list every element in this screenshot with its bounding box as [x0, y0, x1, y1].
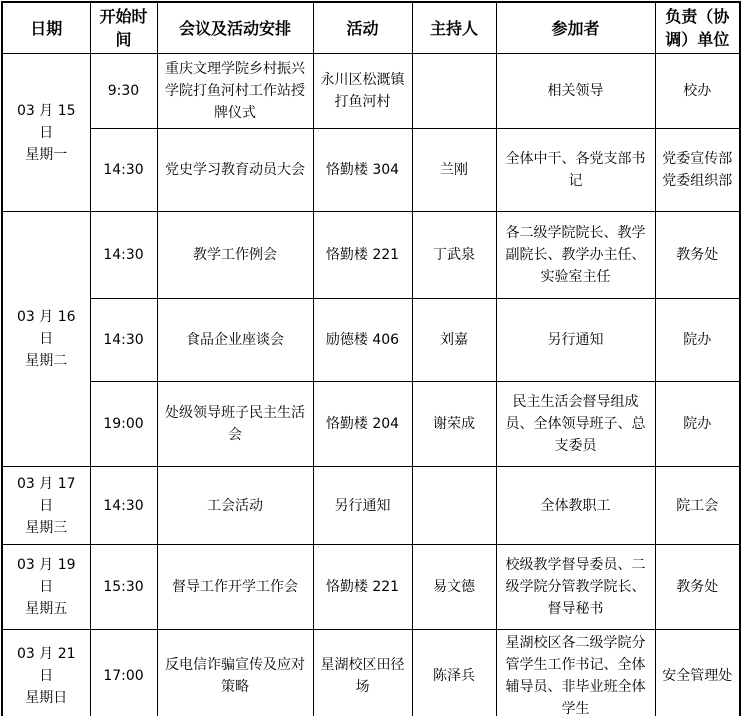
weekday-text: 星期三: [8, 517, 85, 539]
event-cell: 督导工作开学工作会: [157, 545, 313, 630]
unit-cell: 教务处: [655, 545, 740, 630]
host-cell: 丁武泉: [412, 212, 496, 299]
date-text: 03 月 19 日: [8, 554, 85, 598]
table-row: 03 月 19 日 星期五 15:30 督导工作开学工作会 恪勤楼 221 易文…: [2, 545, 740, 630]
participants-cell: 相关领导: [496, 54, 655, 129]
time-cell: 14:30: [90, 467, 157, 545]
host-cell: [412, 467, 496, 545]
time-cell: 15:30: [90, 545, 157, 630]
document-page: 日期 开始时间 会议及活动安排 活动 主持人 参加者 负责（协调）单位 03 月…: [0, 0, 741, 716]
date-cell: 03 月 17 日 星期三: [2, 467, 90, 545]
date-text: 03 月 21 日: [8, 643, 85, 687]
host-cell: 刘嘉: [412, 299, 496, 382]
date-cell: 03 月 15 日 星期一: [2, 54, 90, 212]
table-row: 03 月 16 日 星期二 14:30 教学工作例会 恪勤楼 221 丁武泉 各…: [2, 212, 740, 299]
col-header-start-time: 开始时间: [90, 2, 157, 54]
event-cell: 重庆文理学院乡村振兴学院打鱼河村工作站授牌仪式: [157, 54, 313, 129]
unit-cell: 党委宣传部 党委组织部: [655, 129, 740, 212]
unit-cell: 校办: [655, 54, 740, 129]
weekday-text: 星期日: [8, 687, 85, 709]
event-cell: 反电信诈骗宣传及应对策略: [157, 630, 313, 716]
table-row: 03 月 15 日 星期一 9:30 重庆文理学院乡村振兴学院打鱼河村工作站授牌…: [2, 54, 740, 129]
participants-cell: 民主生活会督导组成员、全体领导班子、总支委员: [496, 382, 655, 467]
time-cell: 14:30: [90, 129, 157, 212]
table-row: 03 月 21 日 星期日 17:00 反电信诈骗宣传及应对策略 星湖校区田径场…: [2, 630, 740, 716]
event-cell: 处级领导班子民主生活会: [157, 382, 313, 467]
col-header-participants: 参加者: [496, 2, 655, 54]
date-cell: 03 月 21 日 星期日: [2, 630, 90, 716]
col-header-event: 会议及活动安排: [157, 2, 313, 54]
weekday-text: 星期一: [8, 144, 85, 166]
event-cell: 教学工作例会: [157, 212, 313, 299]
location-cell: 另行通知: [313, 467, 412, 545]
date-text: 03 月 17 日: [8, 473, 85, 517]
header-row: 日期 开始时间 会议及活动安排 活动 主持人 参加者 负责（协调）单位: [2, 2, 740, 54]
participants-cell: 另行通知: [496, 299, 655, 382]
location-cell: 星湖校区田径场: [313, 630, 412, 716]
location-cell: 恪勤楼 304: [313, 129, 412, 212]
participants-cell: 校级教学督导委员、二级学院分管教学院长、督导秘书: [496, 545, 655, 630]
location-cell: 恪勤楼 204: [313, 382, 412, 467]
schedule-table: 日期 开始时间 会议及活动安排 活动 主持人 参加者 负责（协调）单位 03 月…: [1, 1, 741, 716]
table-row: 19:00 处级领导班子民主生活会 恪勤楼 204 谢荣成 民主生活会督导组成员…: [2, 382, 740, 467]
event-cell: 工会活动: [157, 467, 313, 545]
location-cell: 永川区松溉镇打鱼河村: [313, 54, 412, 129]
host-cell: 谢荣成: [412, 382, 496, 467]
col-header-date: 日期: [2, 2, 90, 54]
date-text: 03 月 16 日: [8, 306, 85, 350]
time-cell: 19:00: [90, 382, 157, 467]
participants-cell: 星湖校区各二级学院分管学生工作书记、全体辅导员、非毕业班全体学生: [496, 630, 655, 716]
table-row: 14:30 食品企业座谈会 励德楼 406 刘嘉 另行通知 院办: [2, 299, 740, 382]
date-cell: 03 月 16 日 星期二: [2, 212, 90, 467]
weekday-text: 星期五: [8, 598, 85, 620]
event-cell: 党史学习教育动员大会: [157, 129, 313, 212]
host-cell: [412, 54, 496, 129]
unit-cell: 安全管理处: [655, 630, 740, 716]
time-cell: 9:30: [90, 54, 157, 129]
table-row: 03 月 17 日 星期三 14:30 工会活动 另行通知 全体教职工 院工会: [2, 467, 740, 545]
unit-cell: 院工会: [655, 467, 740, 545]
col-header-activity: 活动: [313, 2, 412, 54]
host-cell: 易文德: [412, 545, 496, 630]
location-cell: 恪勤楼 221: [313, 212, 412, 299]
participants-cell: 全体教职工: [496, 467, 655, 545]
time-cell: 17:00: [90, 630, 157, 716]
location-cell: 励德楼 406: [313, 299, 412, 382]
unit-cell: 院办: [655, 299, 740, 382]
event-cell: 食品企业座谈会: [157, 299, 313, 382]
participants-cell: 各二级学院院长、教学副院长、教学办主任、实验室主任: [496, 212, 655, 299]
col-header-unit: 负责（协调）单位: [655, 2, 740, 54]
location-cell: 恪勤楼 221: [313, 545, 412, 630]
unit-cell: 教务处: [655, 212, 740, 299]
time-cell: 14:30: [90, 299, 157, 382]
host-cell: 兰刚: [412, 129, 496, 212]
date-cell: 03 月 19 日 星期五: [2, 545, 90, 630]
col-header-host: 主持人: [412, 2, 496, 54]
participants-cell: 全体中干、各党支部书记: [496, 129, 655, 212]
table-row: 14:30 党史学习教育动员大会 恪勤楼 304 兰刚 全体中干、各党支部书记 …: [2, 129, 740, 212]
host-cell: 陈泽兵: [412, 630, 496, 716]
time-cell: 14:30: [90, 212, 157, 299]
unit-cell: 院办: [655, 382, 740, 467]
weekday-text: 星期二: [8, 350, 85, 372]
date-text: 03 月 15 日: [8, 100, 85, 144]
